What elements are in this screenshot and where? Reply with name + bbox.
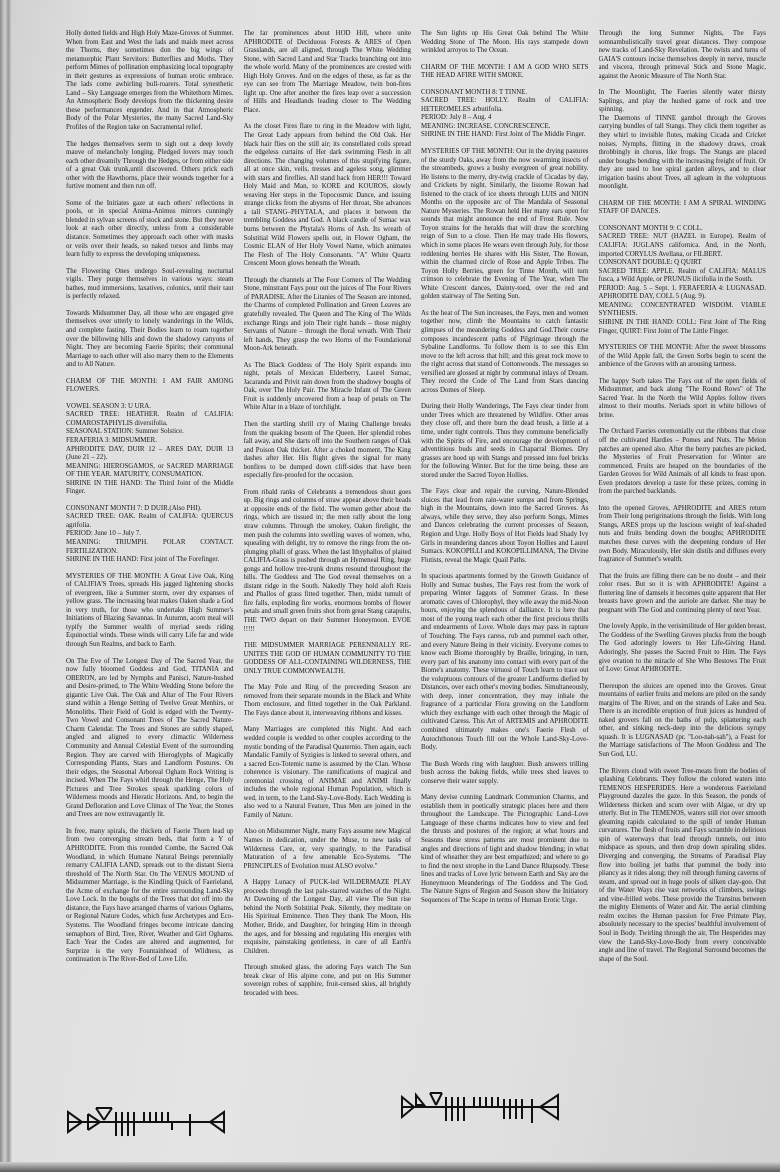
ogham-glyph-right	[400, 1085, 560, 1125]
paragraph: The Rivers cloud with sweet Tree-meats f…	[599, 768, 767, 965]
page-bottom-edge	[0, 1162, 780, 1172]
ogham-glyph-left	[66, 1100, 226, 1140]
column-1: Holly dotted fields and High Holy Maze-G…	[66, 30, 234, 1130]
paragraph: During their Holly Wanderings, The Fays …	[421, 403, 589, 480]
paragraph: Holly dotted fields and High Holy Maze-G…	[66, 30, 234, 133]
paragraph: That the fruits are filling there can be…	[599, 573, 767, 616]
paragraph: In free, many spirals, the thickets of F…	[66, 828, 234, 965]
paragraph: CONSONANT MONTH 8: T TINNE. SACRED TREE:…	[421, 89, 589, 140]
paragraph: Many devise cunning Landmark Communion C…	[421, 794, 589, 905]
paragraph: CONSONANT MONTH 7: D DUIR.(Also PHI). SA…	[66, 505, 234, 565]
page-binding-edge	[0, 0, 12, 1172]
paragraph: Through the channels at The Four Corners…	[244, 277, 412, 354]
paragraph: Also on Midsummer Night, many Fays assum…	[244, 828, 412, 871]
paragraph: The May Pole and Ring of the preceeding …	[244, 684, 412, 718]
paragraph: On The Eve of The Longest Day of The Sac…	[66, 658, 234, 820]
paragraph: Through the long Summer Nights, The Fays…	[599, 30, 767, 81]
paragraph: Towards Midsummer Day, all those who are…	[66, 310, 234, 370]
paragraph: The far prominences about HOD Hill, wher…	[244, 30, 412, 115]
column-2: The far prominences about HOD Hill, wher…	[244, 30, 412, 1130]
document-columns: Holly dotted fields and High Holy Maze-G…	[66, 30, 766, 1130]
column-4: Through the long Summer Nights, The Fays…	[599, 30, 767, 1130]
paragraph: THE MIDSUMMER MARRIAGE PERENNIALLY RE-UN…	[244, 642, 412, 676]
paragraph: Through smoked glass, the adoring Fays w…	[244, 964, 412, 998]
paragraph: The Sun lights up His Great Oak behind T…	[421, 30, 589, 56]
paragraph: One lovely Apple, in the verisimilitude …	[599, 623, 767, 674]
paragraph: MYSTERIES OF THE MONTH: After the sweet …	[599, 344, 767, 370]
paragraph: In The Moonlight, The Faeries silently w…	[599, 89, 767, 192]
paragraph: Many Marriages are completed this Night.…	[244, 726, 412, 820]
paragraph: Then the startling shrill cry of Mating …	[244, 421, 412, 481]
paragraph: The Fays clear and repair the curving, N…	[421, 488, 589, 565]
paragraph: The happy Sorb takes The Fays out of the…	[599, 378, 767, 421]
paragraph: MYSTERIES OF THE MONTH: Out in the dryin…	[421, 148, 589, 302]
paragraph: The Bush Words ring with laughter. Bush …	[421, 761, 589, 787]
paragraph: Into the opened Groves, APHRODITE and AR…	[599, 505, 767, 565]
paragraph: The hedges themselves seem to sigh out a…	[66, 141, 234, 192]
paragraph: Some of the Initiates gaze at each other…	[66, 200, 234, 260]
paragraph: Thereupon the sluices are opened into th…	[599, 683, 767, 760]
paragraph: CHARM OF THE MONTH: I AM FAIR AMONG FLOW…	[66, 378, 234, 395]
paragraph: The Orchard Faeries ceremonially cut the…	[599, 428, 767, 496]
paragraph: CHARM OF THE MONTH: I AM A GOD WHO SETS …	[421, 64, 589, 81]
paragraph: A Happy Lunacy of PUCK-led WILDERMAZE PL…	[244, 879, 412, 956]
ogham-icon	[66, 1100, 226, 1140]
paragraph: MYSTERIES OF THE MONTH: A Great Live Oak…	[66, 573, 234, 650]
ogham-icon	[400, 1085, 560, 1125]
paragraph: CONSONANT MONTH 9: C COLL. SACRED TREE: …	[599, 225, 767, 336]
paragraph: As the heat of The Sun increases, the Fa…	[421, 310, 589, 395]
paragraph: CHARM OF THE MONTH: I AM A SPIRAL WINDIN…	[599, 200, 767, 217]
paragraph: In spacious apartments formed by the Gro…	[421, 573, 589, 752]
paragraph: VOWEL SEASON 3: U URA. SACRED TREE: HEAT…	[66, 403, 234, 497]
paragraph: The Flowering Ones undergo Soul-revealin…	[66, 268, 234, 302]
paragraph: From ribald ranks of Celebrants a tremen…	[244, 489, 412, 634]
paragraph: As the closet Fires flare to ring in the…	[244, 123, 412, 268]
paragraph: As The Black Goddess of The Holy Spirit …	[244, 362, 412, 413]
column-3: The Sun lights up His Great Oak behind T…	[421, 30, 589, 1130]
